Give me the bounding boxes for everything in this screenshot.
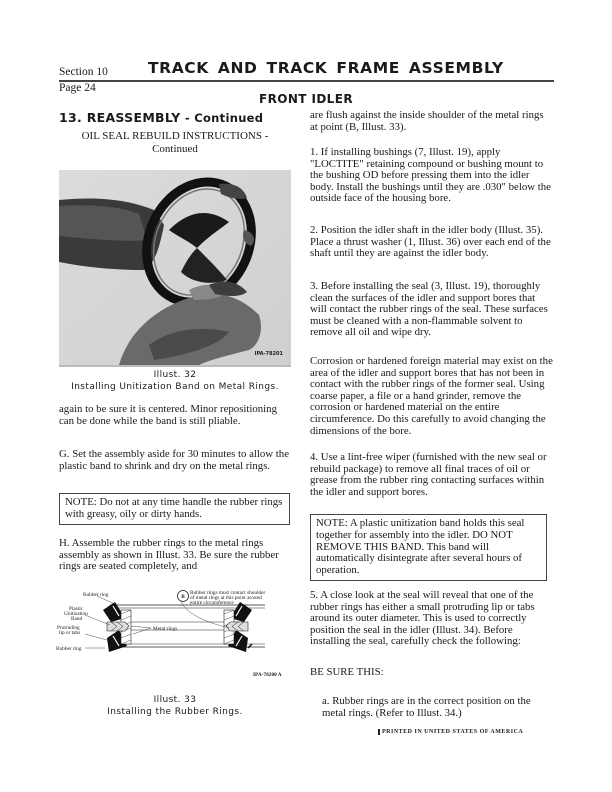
label-rubber-ring-top: Rubber ring xyxy=(83,592,109,598)
left-body-1: again to be sure it is centered. Minor r… xyxy=(59,404,291,427)
illust-33-tag: IPA-78200 A xyxy=(253,672,282,678)
reassembly-heading: 13. REASSEMBLY - Continued xyxy=(59,110,291,125)
note-unitization-band: NOTE: A plastic unitization band holds t… xyxy=(310,514,547,581)
label-band: Band xyxy=(71,616,83,622)
right-step-2: 2. Position the idler shaft in the idler… xyxy=(310,225,554,260)
right-step-4: 4. Use a lint-free wiper (furnished with… xyxy=(310,452,554,498)
section-subtitle: FRONT IDLER xyxy=(0,92,612,106)
right-item-a: a. Rubber rings are in the correct posit… xyxy=(322,696,554,719)
subheading-line: OIL SEAL REBUILD INSTRUCTIONS - xyxy=(59,130,291,143)
step-g: G. Set the assembly aside for 30 minutes… xyxy=(59,449,291,472)
illust-32-tag: IPA-78201 xyxy=(255,351,283,357)
illust-33-description: Installing the Rubber Rings. xyxy=(59,706,291,718)
section-number: Section 10 xyxy=(59,66,108,78)
step-1: 1. If installing bushings (7, Illust. 19… xyxy=(310,147,554,205)
page-title: TRACK AND TRACK FRAME ASSEMBLY xyxy=(148,59,504,77)
illust-32-number: Illust. 32 xyxy=(59,369,291,381)
illust-33-diagram: B Rubber rings must contact shoulder of … xyxy=(55,588,300,683)
label-rubber-ring-bottom: Rubber ring xyxy=(56,646,82,652)
left-body-3: H. Assemble the rubber rings to the meta… xyxy=(59,538,291,573)
subheading-continued: Continued xyxy=(59,143,291,156)
label-lip-or-tabs: lip or tabs xyxy=(59,630,80,636)
hands-installing-band-image xyxy=(59,170,291,365)
item-a: a. Rubber rings are in the correct posit… xyxy=(322,696,554,719)
right-step-1: 1. If installing bushings (7, Illust. 19… xyxy=(310,147,554,205)
paragraph-flush: are flush against the inside shoulder of… xyxy=(310,110,554,133)
illust-32-caption: Illust. 32 Installing Unitization Band o… xyxy=(59,369,291,393)
callout-line-3: entire circumference xyxy=(190,599,234,606)
heading-continued: - Continued xyxy=(181,111,264,125)
right-be-sure: BE SURE THIS: xyxy=(310,667,554,679)
right-intro: are flush against the inside shoulder of… xyxy=(310,110,554,133)
right-corrosion: Corrosion or hardened foreign material m… xyxy=(310,356,554,437)
callout-letter: B xyxy=(181,594,185,600)
header-rule xyxy=(59,80,554,82)
printed-in-usa: PRINTED IN UNITED STATES OF AMERICA xyxy=(378,729,523,735)
step-4: 4. Use a lint-free wiper (furnished with… xyxy=(310,452,554,498)
right-step-3: 3. Before installing the seal (3, Illust… xyxy=(310,281,554,339)
right-step-5: 5. A close look at the seal will reveal … xyxy=(310,590,554,648)
label-metal-rings: Metal rings xyxy=(153,626,177,632)
illust-32-photo: IPA-78201 xyxy=(59,170,291,367)
note-handling-rubber-rings: NOTE: Do not at any time handle the rubb… xyxy=(59,493,290,525)
illust-32-description: Installing Unitization Band on Metal Rin… xyxy=(59,381,291,393)
step-2: 2. Position the idler shaft in the idler… xyxy=(310,225,554,260)
step-3: 3. Before installing the seal (3, Illust… xyxy=(310,281,554,339)
illust-33-number: Illust. 33 xyxy=(59,694,291,706)
illust-33-caption: Illust. 33 Installing the Rubber Rings. xyxy=(59,694,291,718)
step-h: H. Assemble the rubber rings to the meta… xyxy=(59,538,291,573)
heading-main: 13. REASSEMBLY xyxy=(59,110,181,125)
left-body-2: G. Set the assembly aside for 30 minutes… xyxy=(59,449,291,472)
be-sure-heading: BE SURE THIS: xyxy=(310,667,554,679)
step-5: 5. A close look at the seal will reveal … xyxy=(310,590,554,648)
paragraph-continued: again to be sure it is centered. Minor r… xyxy=(59,404,291,427)
paragraph-corrosion: Corrosion or hardened foreign material m… xyxy=(310,356,554,437)
oil-seal-subheading: OIL SEAL REBUILD INSTRUCTIONS - Continue… xyxy=(59,130,291,156)
